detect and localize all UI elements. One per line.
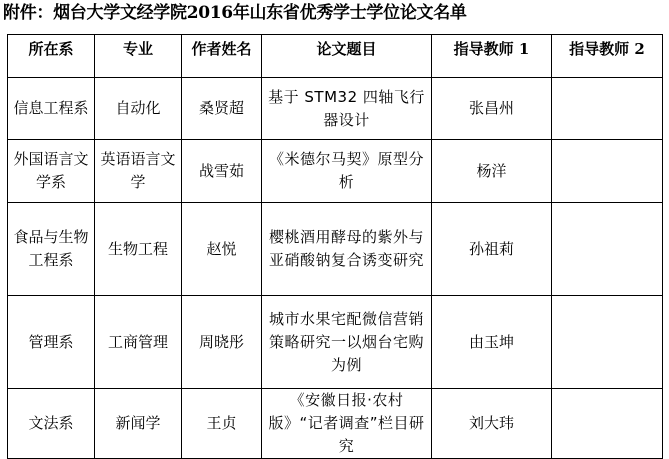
- header-thesis-title: 论文题目: [262, 35, 432, 78]
- header-advisor-2: 指导教师 2: [552, 35, 663, 78]
- cell-thesis-title: 城市水果宅配微信营销策略研究一以烟台宅购为例: [262, 296, 432, 389]
- cell-advisor-2: [552, 78, 663, 140]
- cell-department: 食品与生物工程系: [8, 203, 95, 296]
- cell-author: 王贞: [182, 389, 262, 459]
- cell-advisor-2: [552, 389, 663, 459]
- header-advisor-1: 指导教师 1: [432, 35, 552, 78]
- cell-advisor-1: 刘大玮: [432, 389, 552, 459]
- cell-department: 文法系: [8, 389, 95, 459]
- cell-thesis-title: 《安徽日报·农村版》“记者调查”栏目研究: [262, 389, 432, 459]
- cell-major: 工商管理: [95, 296, 182, 389]
- table-row: 管理系 工商管理 周晓彤 城市水果宅配微信营销策略研究一以烟台宅购为例 由玉坤: [8, 296, 663, 389]
- table-row: 外国语言文学系 英语语言文学 战雪茹 《米德尔马契》原型分析 杨洋: [8, 140, 663, 203]
- table-row: 文法系 新闻学 王贞 《安徽日报·农村版》“记者调查”栏目研究 刘大玮: [8, 389, 663, 459]
- cell-major: 生物工程: [95, 203, 182, 296]
- cell-major: 新闻学: [95, 389, 182, 459]
- cell-thesis-title: 樱桃酒用酵母的紫外与亚硝酸钠复合诱变研究: [262, 203, 432, 296]
- cell-department: 外国语言文学系: [8, 140, 95, 203]
- table-header-row: 所在系 专业 作者姓名 论文题目 指导教师 1 指导教师 2: [8, 35, 663, 78]
- table-row: 信息工程系 自动化 桑贤超 基于 STM32 四轴飞行器设计 张昌州: [8, 78, 663, 140]
- cell-thesis-title: 基于 STM32 四轴飞行器设计: [262, 78, 432, 140]
- cell-author: 周晓彤: [182, 296, 262, 389]
- cell-author: 战雪茹: [182, 140, 262, 203]
- header-major: 专业: [95, 35, 182, 78]
- cell-advisor-1: 孙祖莉: [432, 203, 552, 296]
- document-title: 附件：烟台大学文经学院2016年山东省优秀学士学位论文名单: [3, 2, 467, 24]
- cell-author: 赵悦: [182, 203, 262, 296]
- cell-major: 英语语言文学: [95, 140, 182, 203]
- cell-advisor-1: 杨洋: [432, 140, 552, 203]
- cell-thesis-title: 《米德尔马契》原型分析: [262, 140, 432, 203]
- cell-department: 信息工程系: [8, 78, 95, 140]
- cell-advisor-2: [552, 140, 663, 203]
- cell-advisor-1: 张昌州: [432, 78, 552, 140]
- table-row: 食品与生物工程系 生物工程 赵悦 樱桃酒用酵母的紫外与亚硝酸钠复合诱变研究 孙祖…: [8, 203, 663, 296]
- cell-advisor-2: [552, 203, 663, 296]
- cell-major: 自动化: [95, 78, 182, 140]
- cell-advisor-1: 由玉坤: [432, 296, 552, 389]
- header-author: 作者姓名: [182, 35, 262, 78]
- cell-department: 管理系: [8, 296, 95, 389]
- cell-author: 桑贤超: [182, 78, 262, 140]
- cell-advisor-2: [552, 296, 663, 389]
- header-department: 所在系: [8, 35, 95, 78]
- thesis-list-table: 所在系 专业 作者姓名 论文题目 指导教师 1 指导教师 2 信息工程系 自动化…: [7, 34, 663, 459]
